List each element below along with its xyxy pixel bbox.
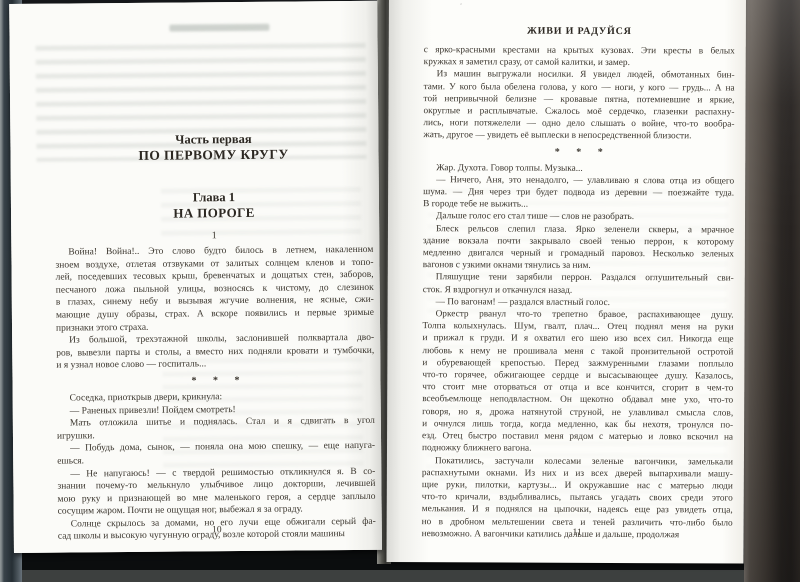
part-title: ПО ПЕРВОМУ КРУГУ (54, 146, 372, 165)
text-line: тами. У кого была обелена голова, у кого… (424, 81, 735, 95)
book-photo: Часть первая ПО ПЕРВОМУ КРУГУ Глава 1 НА… (0, 0, 800, 582)
text-line: Покатились, застучали колесами зеленые в… (422, 455, 733, 469)
right-page-body: с ярко-красными крестами на крытых кузов… (422, 44, 735, 541)
paragraph: Из большой, трехэтажной школы, заслонивш… (56, 332, 374, 373)
running-header: ЖИВИ И РАДУЙСЯ (424, 25, 735, 37)
body-text-group: Жар. Духота. Говор толпы. Музыка...— Нич… (422, 162, 735, 542)
section-number: 1 (55, 229, 373, 243)
text-line: жать, другое — увидеть её выплески в неп… (423, 130, 734, 144)
paragraph: Дальше голос его стал тише — слов не раз… (423, 211, 734, 225)
body-text-group: Соседка, приоткрыв двери, крикнула:— Ран… (57, 390, 376, 544)
text-line: и я узнал новое слово — госпиталь... (56, 357, 374, 372)
paragraph: Война! Война!.. Это слово будто билось в… (55, 244, 374, 335)
left-page: Часть первая ПО ПЕРВОМУ КРУГУ Глава 1 НА… (9, 1, 382, 553)
paragraph: Жар. Духота. Говор толпы. Музыка... (423, 162, 734, 176)
small-mark: ʾ (458, 4, 465, 11)
table-surface (0, 570, 800, 582)
text-line: всеобъемлюще неподвластном. Он щекотно о… (422, 394, 733, 408)
text-line: Блеск рельсов слепил глаза. Ярко зеленел… (423, 223, 734, 237)
paragraph: Пляшущие тени зарябили перрон. Раздался … (423, 272, 734, 298)
right-edge-shading (744, 0, 800, 582)
text-line: сток. Я вздрогнул и откачнулся назад. (423, 284, 734, 298)
paragraph: — Побудь дома, сынок, — поняла она мою с… (57, 440, 375, 468)
show-through-header (169, 24, 269, 32)
body-text-group: с ярко-красными крестами на крытых кузов… (423, 44, 734, 143)
left-page-body: Война! Война!.. Это слово будто билось в… (55, 244, 376, 544)
right-page: ʾ ЖИВИ И РАДУЙСЯ с ярко-красными крестам… (387, 0, 746, 564)
section-separator: * * * (423, 146, 734, 158)
text-line: и прижал к груди. И я охватил его шею из… (422, 333, 733, 347)
text-line: подножку ближнего вагона. (422, 442, 733, 456)
text-line: Из машин выгружали носилки. Я увидел люд… (424, 69, 735, 83)
text-line: мелькания. И я поднялся на цыпочки, наде… (422, 503, 733, 517)
paragraph: Оркестр рванул что-то трепетно бравое, р… (422, 308, 734, 456)
body-text-group: Война! Война!.. Это слово будто билось в… (55, 244, 374, 373)
chapter-title: НА ПОРОГЕ (55, 204, 373, 223)
section-separator: * * * (56, 374, 374, 388)
paragraph: — Ничего, Аня, это ненадолго, — улавлива… (423, 174, 734, 212)
text-line: Жар. Духота. Говор толпы. Музыка... (423, 162, 734, 176)
text-line: Дальше голос его стал тише — слов не раз… (423, 211, 734, 225)
page-number: 11 (422, 527, 733, 538)
chapter-heading: Глава 1 НА ПОРОГЕ (55, 188, 373, 223)
text-line: Пляшущие тени зарябили перрон. Раздался … (423, 272, 734, 286)
part-heading: Часть первая ПО ПЕРВОМУ КРУГУ (54, 130, 372, 165)
paragraph: Из машин выгружали носилки. Я увидел люд… (423, 69, 734, 144)
paragraph: Блеск рельсов слепил глаза. Ярко зеленел… (423, 223, 734, 273)
paragraph: — Не напугаюсь! — с твердой решимостью о… (57, 465, 375, 518)
paragraph: Мать отложила шитье и поднялась. Стал и … (57, 415, 375, 443)
paragraph: с ярко-красными крестами на крытых кузов… (424, 44, 735, 70)
